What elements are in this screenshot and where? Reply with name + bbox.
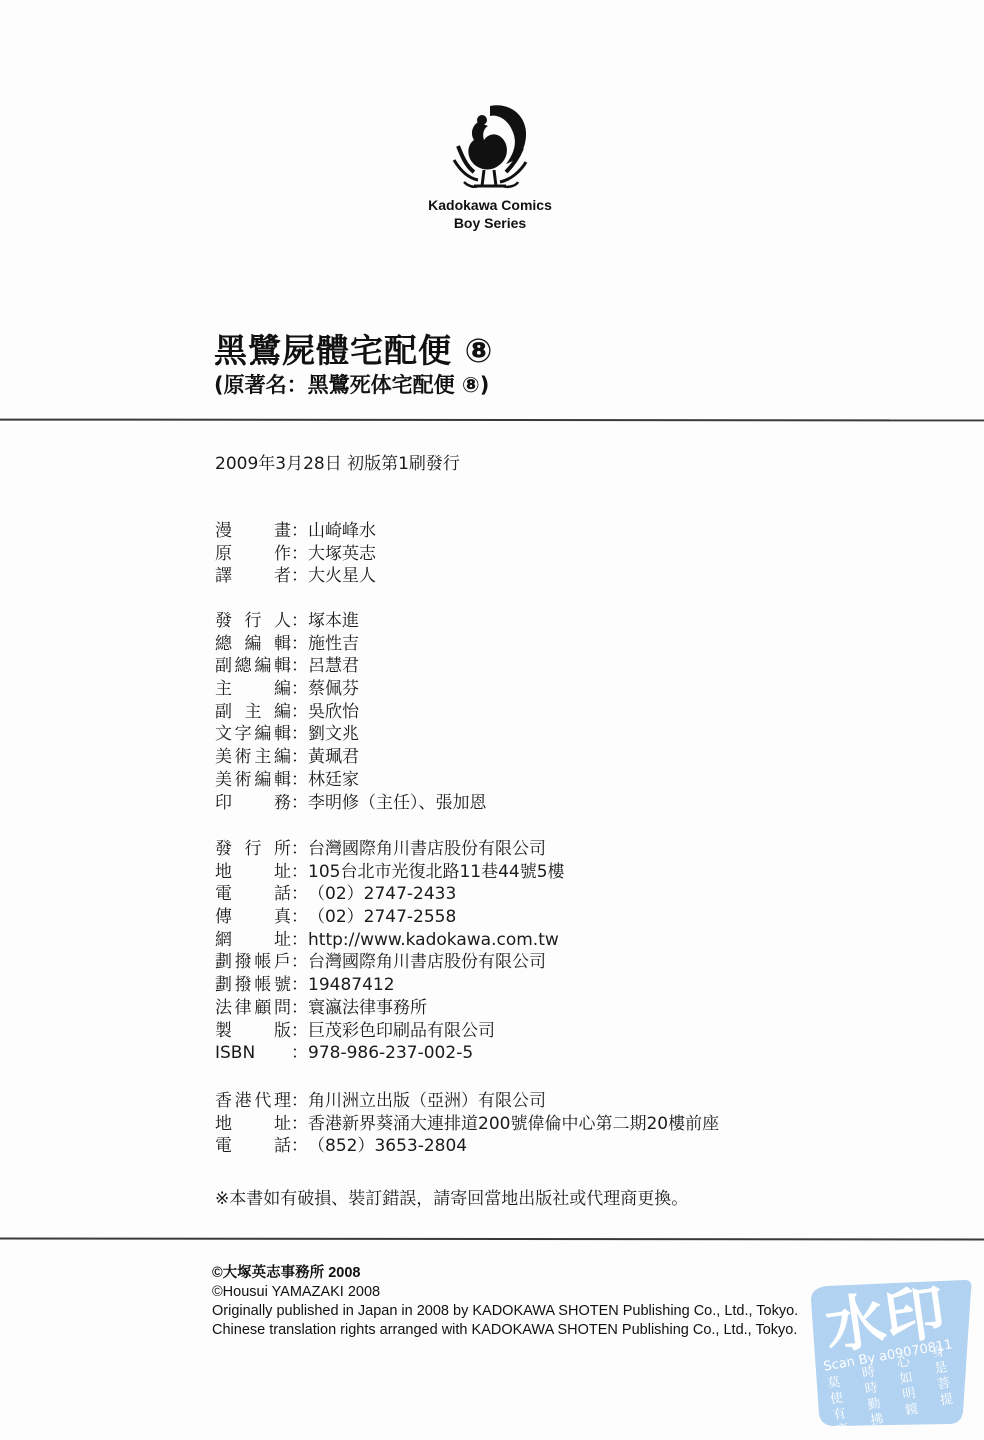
credit-label: 漫畫 [215,520,291,543]
colon: ： [291,655,308,678]
staff-value: 林廷家 [308,769,359,792]
info-value: 寰瀛法律事務所 [308,997,427,1020]
svg-text:身: 身 [930,1344,945,1361]
info-row: 網址：http://www.kadokawa.com.tw [215,929,565,952]
colon: ： [291,1042,308,1065]
svg-text:菩: 菩 [936,1376,951,1393]
scanner-watermark: 水印 Scan By a09070811 莫使有塵 時時勤拂 心如明鏡 身是菩提 [805,1278,975,1428]
info-label: ISBN [215,1042,291,1065]
hk-label: 地址 [215,1113,291,1136]
logo-line-2: Boy Series [420,214,560,232]
colon: ： [291,701,308,724]
phoenix-emblem-icon [448,100,532,192]
info-value: 台灣國際角川書店股份有限公司 [308,951,546,974]
info-row: 製版：巨茂彩色印刷品有限公司 [215,1020,565,1043]
info-label: 傳真 [215,906,291,929]
staff-row: 印務：李明修（主任）、張加恩 [215,792,487,815]
staff-row: 美術編輯：林廷家 [215,769,487,792]
colon: ： [291,1020,308,1043]
credit-row: 原作：大塚英志 [215,543,376,566]
staff-value: 李明修（主任）、張加恩 [308,792,487,815]
colon: ： [291,565,308,588]
credit-value: 大塚英志 [308,543,376,566]
info-value: 105台北市光復北路11巷44號5樓 [308,861,565,884]
svg-text:拂: 拂 [869,1411,885,1428]
info-label: 網址 [215,929,291,952]
info-row: 劃撥帳號：19487412 [215,974,565,997]
divider-top [0,419,984,422]
staff-row: 副總編輯：呂慧君 [215,655,487,678]
info-value: 19487412 [308,974,395,997]
svg-text:勤: 勤 [866,1395,882,1413]
credit-value: 山崎峰水 [308,520,376,543]
colon: ： [291,769,308,792]
colon: ： [291,861,308,884]
staff-value: 施性吉 [308,633,359,656]
staff-label: 美術編輯 [215,769,291,792]
svg-text:有: 有 [832,1406,847,1423]
divider-bottom [0,1237,984,1240]
defect-notice: ※本書如有破損、裝訂錯誤，請寄回當地出版社或代理商更換。 [215,1184,688,1209]
hk-label: 香港代理 [215,1090,291,1113]
info-value: （02）2747-2433 [308,883,456,906]
info-label: 製版 [215,1020,291,1043]
info-value: （02）2747-2558 [308,906,456,929]
publisher-info: 發行所：台灣國際角川書店股份有限公司 地址：105台北市光復北路11巷44號5樓… [215,838,565,1065]
svg-text:時: 時 [864,1379,880,1397]
info-row: 傳真：（02）2747-2558 [215,906,565,929]
staff-value: 塚本進 [308,610,359,633]
info-label: 劃撥帳號 [215,974,291,997]
colon: ： [291,610,308,633]
colon: ： [291,520,308,543]
colon: ： [291,723,308,746]
hk-row: 電話：（852）3653-2804 [215,1135,719,1158]
hk-value: 香港新界葵涌大連排道200號偉倫中心第二期20樓前座 [308,1113,719,1136]
credit-value: 大火星人 [308,565,376,588]
staff-row: 文字編輯：劉文兆 [215,723,487,746]
staff-row: 主編：蔡佩芬 [215,678,487,701]
staff-row: 總編輯：施性吉 [215,633,487,656]
website-link[interactable]: http://www.kadokawa.com.tw [308,929,559,952]
copyright-line-4: Chinese translation rights arranged with… [212,1321,798,1340]
colon: ： [291,883,308,906]
info-value: 台灣國際角川書店股份有限公司 [308,838,546,861]
copyright-line-2: ©Housui YAMAZAKI 2008 [212,1283,798,1302]
staff-label: 副主編 [215,701,291,724]
credit-label: 譯者 [215,565,291,588]
info-label: 電話 [215,883,291,906]
colon: ： [291,1113,308,1136]
original-title: (原著名：黑鷺死体宅配便 ⑧) [214,369,489,399]
book-title: 黑鷺屍體宅配便 ⑧ [214,325,493,372]
colon: ： [291,678,308,701]
edition-date: 2009年3月28日 初版第1刷發行 [215,449,460,474]
staff-label: 副總編輯 [215,655,291,678]
info-row: 地址：105台北市光復北路11巷44號5樓 [215,861,565,884]
staff-label: 文字編輯 [215,723,291,746]
hk-row: 香港代理：角川洲立出版（亞洲）有限公司 [215,1090,719,1113]
hk-value: （852）3653-2804 [308,1135,467,1158]
colon: ： [291,974,308,997]
staff-row: 美術主編：黃珮君 [215,746,487,769]
info-value: 巨茂彩色印刷品有限公司 [308,1020,495,1043]
staff-label: 美術主編 [215,746,291,769]
colon: ： [291,543,308,566]
info-label: 法律顧問 [215,997,291,1020]
colon: ： [291,929,308,952]
colon: ： [291,906,308,929]
credit-row: 譯者：大火星人 [215,565,376,588]
svg-text:使: 使 [829,1390,845,1408]
info-row: 電話：（02）2747-2433 [215,883,565,906]
staff-row: 副主編：吳欣怡 [215,701,487,724]
publisher-logo: Kadokawa Comics Boy Series [420,100,560,232]
colon: ： [291,792,308,815]
staff-credits: 發行人：塚本進 總編輯：施性吉 副總編輯：呂慧君 主編：蔡佩芬 副主編：吳欣怡 … [215,610,487,814]
colon: ： [291,951,308,974]
isbn-value: 978-986-237-002-5 [308,1042,473,1065]
logo-line-1: Kadokawa Comics [420,196,560,214]
hk-agent-info: 香港代理：角川洲立出版（亞洲）有限公司 地址：香港新界葵涌大連排道200號偉倫中… [215,1090,719,1158]
info-label: 劃撥帳戶 [215,951,291,974]
colon: ： [291,1135,308,1158]
hk-row: 地址：香港新界葵涌大連排道200號偉倫中心第二期20樓前座 [215,1113,719,1136]
info-label: 發行所 [215,838,291,861]
info-row: 法律顧問：寰瀛法律事務所 [215,997,565,1020]
creators-credits: 漫畫：山崎峰水 原作：大塚英志 譯者：大火星人 [215,520,376,588]
credit-label: 原作 [215,543,291,566]
svg-text:鏡: 鏡 [904,1402,919,1419]
staff-label: 印務 [215,792,291,815]
staff-value: 呂慧君 [308,655,359,678]
staff-label: 發行人 [215,610,291,633]
svg-text:是: 是 [933,1360,948,1377]
svg-text:如: 如 [898,1370,913,1387]
copyright-line-3: Originally published in Japan in 2008 by… [212,1302,798,1321]
staff-label: 主編 [215,678,291,701]
staff-label: 總編輯 [215,633,291,656]
copyright-block: ©大塚英志事務所 2008 ©Housui YAMAZAKI 2008 Orig… [212,1264,798,1340]
colon: ： [291,1090,308,1113]
staff-value: 蔡佩芬 [308,678,359,701]
svg-text:莫: 莫 [826,1375,841,1392]
info-label: 地址 [215,861,291,884]
colon: ： [291,997,308,1020]
hk-label: 電話 [215,1135,291,1158]
svg-text:提: 提 [939,1390,955,1408]
staff-value: 黃珮君 [308,746,359,769]
svg-text:時: 時 [861,1364,877,1382]
copyright-line-1: ©大塚英志事務所 2008 [212,1264,798,1283]
info-row: 劃撥帳戶：台灣國際角川書店股份有限公司 [215,951,565,974]
colon: ： [291,746,308,769]
info-row: ISBN：978-986-237-002-5 [215,1042,565,1065]
svg-text:明: 明 [901,1386,916,1403]
credit-row: 漫畫：山崎峰水 [215,520,376,543]
staff-value: 劉文兆 [308,723,359,746]
staff-value: 吳欣怡 [308,701,359,724]
colon: ： [291,838,308,861]
hk-value: 角川洲立出版（亞洲）有限公司 [308,1090,546,1113]
colon: ： [291,633,308,656]
info-row: 發行所：台灣國際角川書店股份有限公司 [215,838,565,861]
staff-row: 發行人：塚本進 [215,610,487,633]
